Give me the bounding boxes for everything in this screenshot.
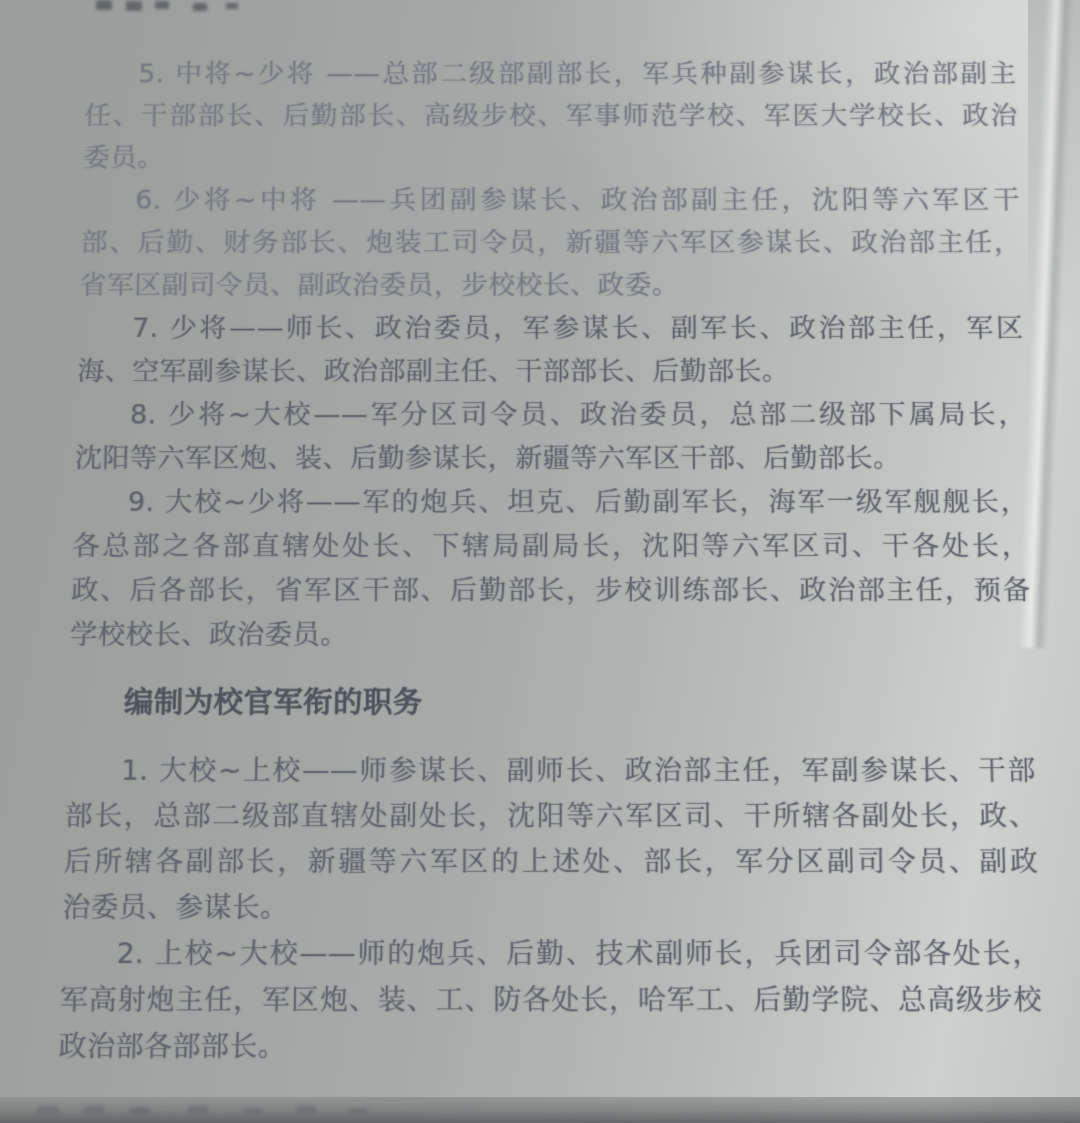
items-after-heading: 1. 大校~上校——师参谋长、副师长、政治部主任，军副参谋长、干部部长，总部二级… [58, 748, 1044, 1070]
text-line: 6. 少将~中将 ——兵团副参谋长、政治部副主任，沈阳等六军区干 [82, 179, 1021, 221]
list-item: 6. 少将~中将 ——兵团副参谋长、政治部副主任，沈阳等六军区干部、后勤、财务部… [79, 179, 1023, 307]
text-line: 后所辖各副部长，新疆等六军区的上述处、部长，军分区副司令员、副政 [63, 839, 1039, 885]
text-line: 海、空军副参谋长、政治部副主任、干部部长、后勤部长。 [77, 350, 1025, 393]
text-line: 8. 少将~大校——军分区司令员、政治委员，总部二级部下属局长， [76, 393, 1027, 436]
text-line: 委员。 [83, 137, 1020, 179]
items-before-heading: 5. 中将~少将 ——总部二级部副部长，军兵种副参谋长，政治部副主任、干部部长、… [69, 53, 1032, 657]
text-line: 7. 少将——师长、政治委员，军参谋长、副军长、政治部主任，军区 [78, 307, 1024, 350]
text-line: 2. 上校~大校——师的炮兵、后勤、技术副师长，兵团司令部各处长， [61, 931, 1042, 977]
text-line: 军高射炮主任，军区炮、装、工、防各处长，哈军工、后勤学院、总高级步校 [59, 977, 1042, 1023]
list-item: 7. 少将——师长、政治委员，军参谋长、副军长、政治部主任，军区海、空军副参谋长… [77, 307, 1025, 393]
list-item: 1. 大校~上校——师参谋长、副师长、政治部主任，军副参谋长、干部部长，总部二级… [62, 748, 1040, 931]
text-line: 治委员、参谋长。 [62, 885, 1040, 931]
text-line: 5. 中将~少将 ——总部二级部副部长，军兵种副参谋长，政治部副主 [85, 53, 1017, 95]
text-line: 学校校长、政治委员。 [69, 613, 1032, 658]
list-item: 2. 上校~大校——师的炮兵、后勤、技术副师长，兵团司令部各处长，军高射炮主任，… [58, 931, 1044, 1070]
text-line: 省军区副司令员、副政治委员，步校校长、政委。 [79, 264, 1023, 307]
book-page-photo: 5. 中将~少将 ——总部二级部副部长，军兵种副参谋长，政治部副主任、干部部长、… [0, 0, 1080, 1123]
text-line: 任、干部部长、后勤部长、高级步校、军事师范学校、军医大学校长、政治 [84, 95, 1018, 137]
list-item: 5. 中将~少将 ——总部二级部副部长，军兵种副参谋长，政治部副主任、干部部长、… [83, 53, 1020, 179]
section-heading: 编制为校官军衔的职务 [68, 680, 1035, 725]
list-item: 9. 大校~少将——军的炮兵、坦克、后勤副军长，海军一级军舰舰长，各总部之各部直… [69, 480, 1032, 657]
document-text: 5. 中将~少将 ——总部二级部副部长，军兵种副参谋长，政治部副主任、干部部长、… [58, 53, 1044, 1070]
text-line: 政治部各部部长。 [58, 1023, 1044, 1070]
text-line: 政、后各部长，省军区干部、后勤部长，步校训练部长、政治部主任，预备 [71, 568, 1032, 612]
cropped-line-fragment-top [96, 0, 112, 10]
text-line: 部、后勤、财务部长、炮装工司令员，新疆等六军区参谋长、政治部主任， [80, 221, 1021, 264]
text-line: 各总部之各部直辖处处长、下辖局副局长，沈阳等六军区司、干各处长， [72, 524, 1030, 568]
text-line: 部长，总部二级部直辖处副处长，沈阳等六军区司、干所辖各副处长，政、 [64, 793, 1037, 839]
text-line: 9. 大校~少将——军的炮兵、坦克、后勤副军长，海军一级军舰舰长， [73, 480, 1029, 524]
text-line: 1. 大校~上校——师参谋长、副师长、政治部主任，军副参谋长、干部 [66, 748, 1037, 793]
list-item: 8. 少将~大校——军分区司令员、政治委员，总部二级部下属局长，沈阳等六军区炮、… [74, 393, 1027, 480]
text-line: 沈阳等六军区炮、装、后勤参谋长，新疆等六军区干部、后勤部长。 [74, 436, 1027, 480]
photo-bottom-shadow [0, 1097, 1080, 1123]
